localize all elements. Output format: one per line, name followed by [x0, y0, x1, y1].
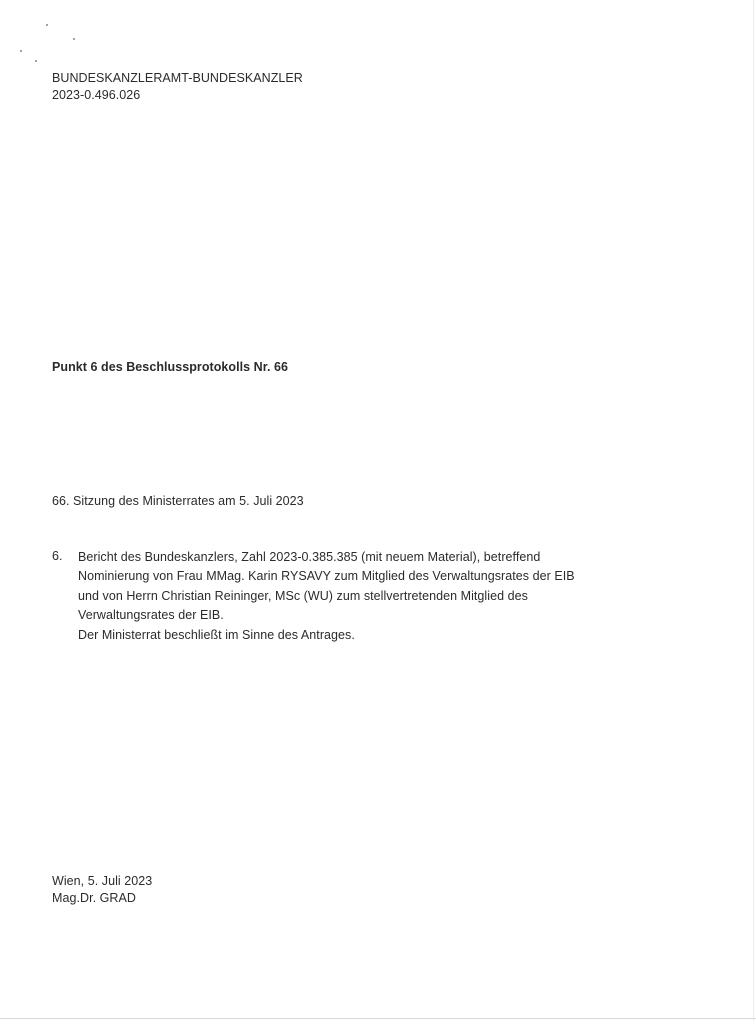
scan-speck — [20, 50, 22, 52]
session-line: 66. Sitzung des Ministerrates am 5. Juli… — [52, 493, 304, 510]
signatory: Mag.Dr. GRAD — [52, 890, 152, 907]
document-title: Punkt 6 des Beschlussprotokolls Nr. 66 — [52, 359, 288, 376]
scan-edge-bottom — [0, 1018, 756, 1019]
scan-speck — [35, 60, 37, 62]
scan-speck — [46, 24, 48, 26]
agenda-item-number: 6. — [52, 548, 63, 565]
document-page: BUNDESKANZLERAMT-BUNDESKANZLER 2023-0.49… — [0, 0, 756, 1021]
agenda-item-decision: Der Ministerrat beschließt im Sinne des … — [78, 624, 575, 646]
document-header: BUNDESKANZLERAMT-BUNDESKANZLER 2023-0.49… — [52, 70, 303, 104]
document-footer: Wien, 5. Juli 2023 Mag.Dr. GRAD — [52, 873, 152, 907]
agenda-item-line: Nominierung von Frau MMag. Karin RYSAVY … — [78, 565, 575, 587]
scan-edge-right — [753, 0, 754, 1021]
reference-number: 2023-0.496.026 — [52, 87, 303, 104]
agenda-item-body: Bericht des Bundeskanzlers, Zahl 2023-0.… — [78, 548, 575, 646]
scan-speck — [73, 38, 75, 40]
place-and-date: Wien, 5. Juli 2023 — [52, 873, 152, 890]
issuing-authority: BUNDESKANZLERAMT-BUNDESKANZLER — [52, 70, 303, 87]
